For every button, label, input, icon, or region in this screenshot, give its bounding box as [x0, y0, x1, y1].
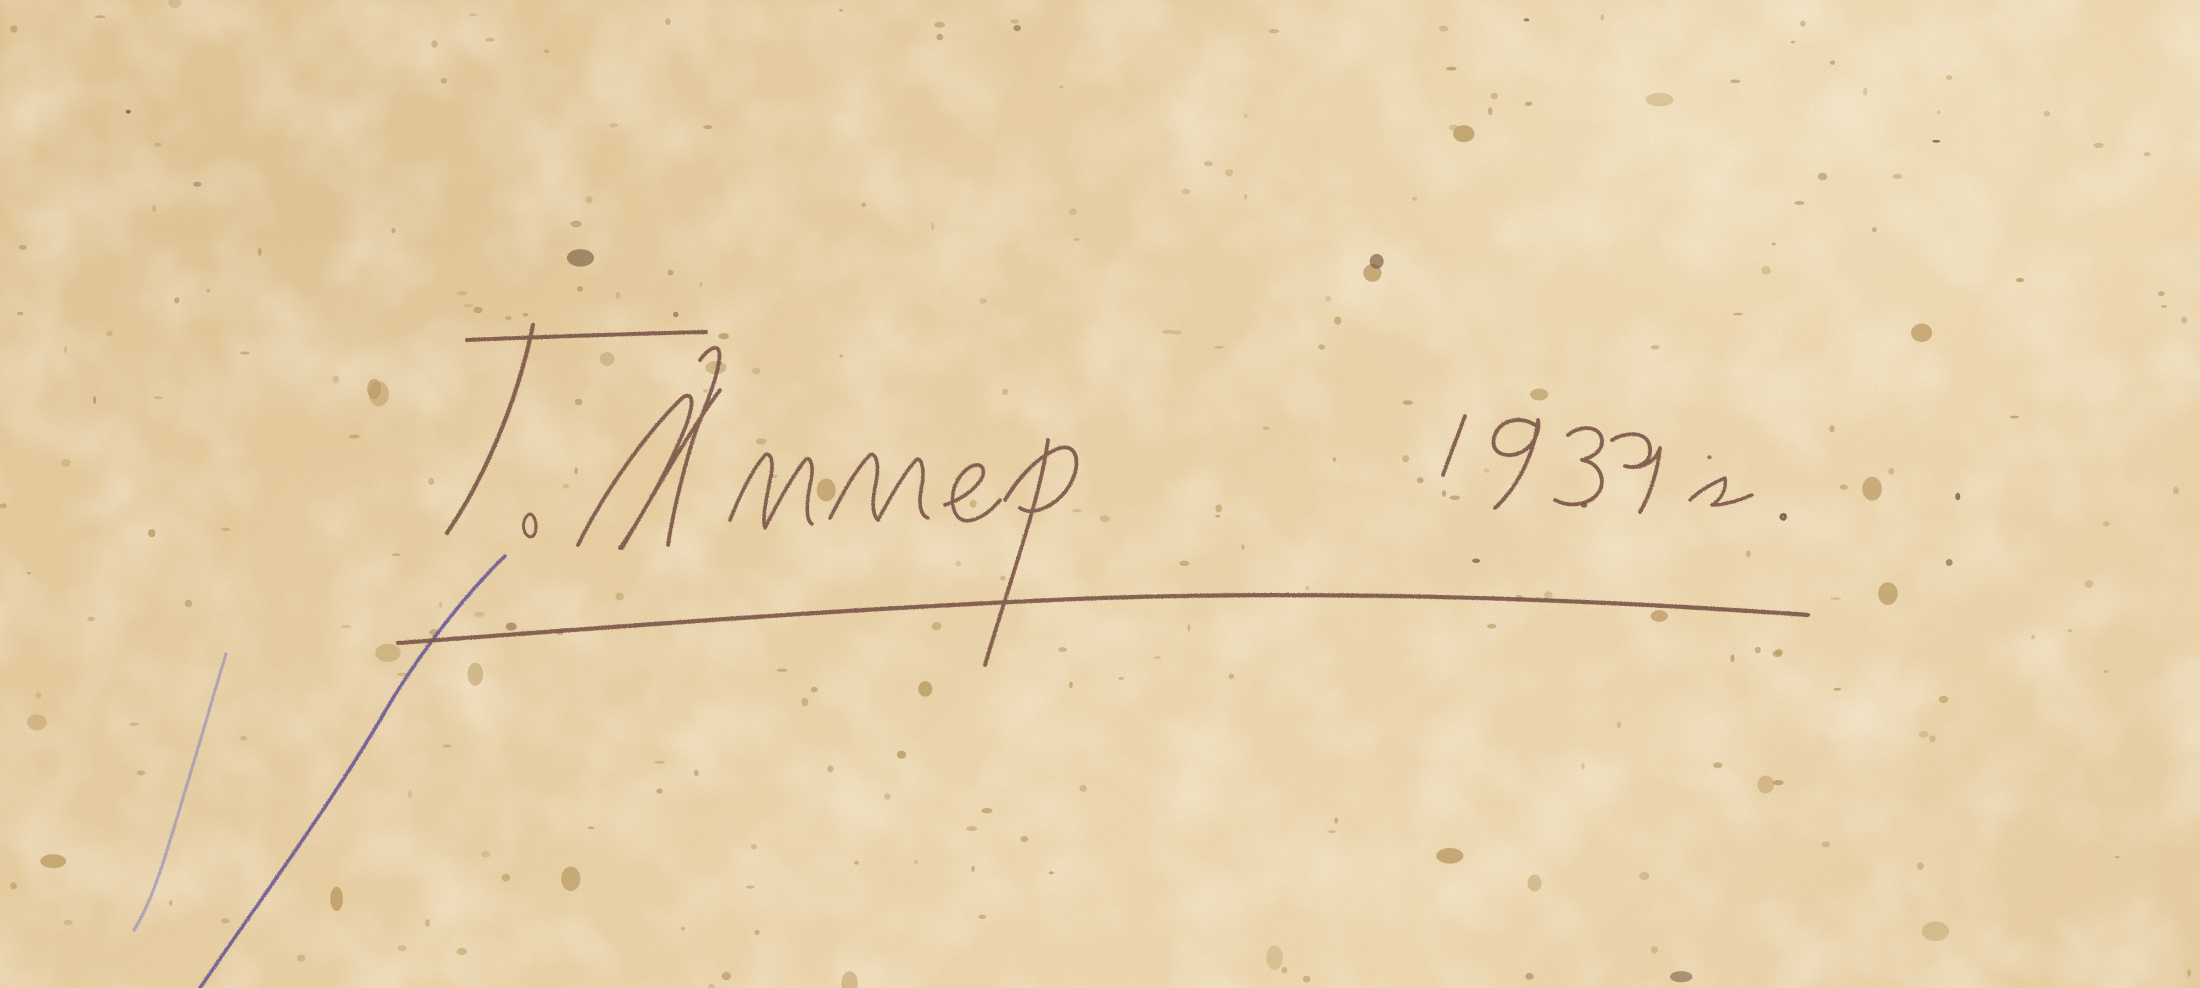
violet-stroke-main	[200, 556, 505, 988]
signature-underline	[398, 595, 1808, 643]
surname-letters	[578, 348, 1076, 665]
signature-drawing: Г. Миллер 1939г.	[0, 0, 2200, 988]
signature-ink	[398, 325, 1808, 665]
violet-strokes	[134, 556, 505, 988]
initial-letter	[447, 325, 706, 537]
violet-stroke-faint	[134, 654, 226, 930]
date-digits	[1443, 416, 1785, 519]
aged-paper-sheet: Г. Миллер 1939г.	[0, 0, 2200, 988]
